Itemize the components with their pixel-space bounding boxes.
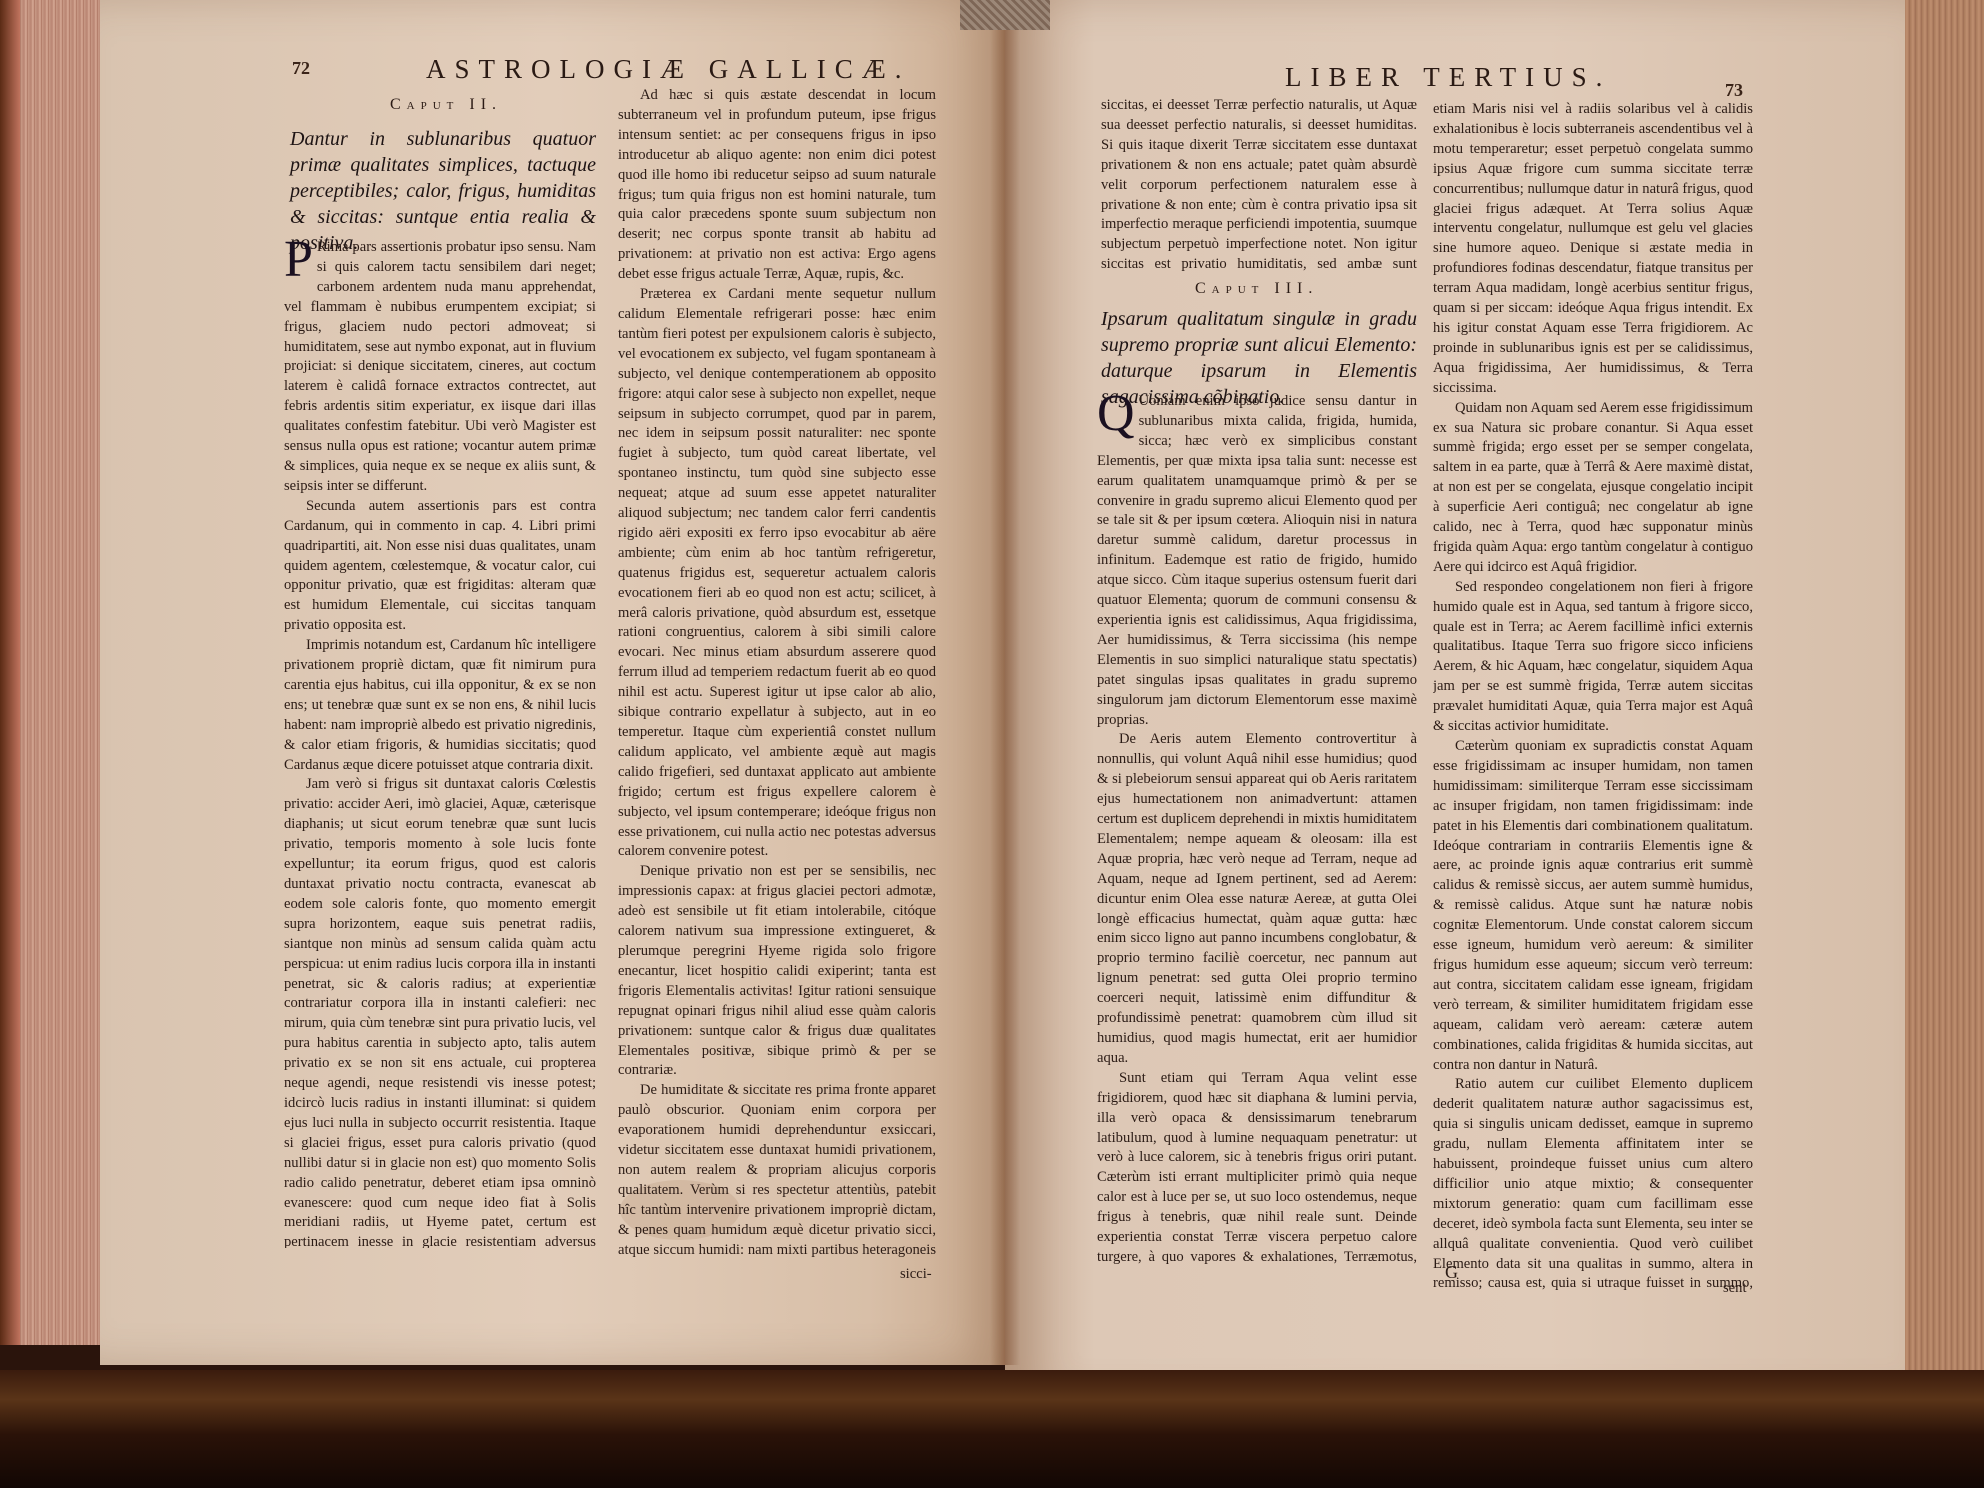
paragraph: Quidam non Aquam sed Aerem esse frigidis…: [1433, 399, 1753, 578]
running-head-left: ASTROLOGIÆ GALLICÆ.: [426, 54, 911, 85]
chapter-label-iii: Caput III.: [1195, 280, 1318, 298]
headband: [960, 0, 1050, 30]
drop-cap: Q: [1097, 394, 1135, 434]
paragraph: QUoniam enim ipso judice sensu dantur in…: [1097, 392, 1417, 730]
paragraph: Secunda autem assertionis pars est contr…: [284, 497, 596, 636]
page-number-left: 72: [292, 58, 310, 79]
left-page: 72 ASTROLOGIÆ GALLICÆ. Caput II. Dantur …: [100, 0, 1005, 1365]
left-page-column-1: PRima pars assertionis probatur ipso sen…: [284, 238, 596, 1248]
signature-mark: G: [1445, 1262, 1458, 1283]
paragraph: Sed respondeo congelationem non fieri à …: [1433, 578, 1753, 737]
paragraph: Præterea ex Cardani mente sequetur nullu…: [618, 285, 936, 862]
book-gutter: [990, 25, 1020, 1365]
right-page: LIBER TERTIUS. 73 siccitas, ei deesset T…: [1005, 0, 1905, 1400]
paragraph: etiam Maris nisi vel à radiis solaribus …: [1433, 100, 1753, 399]
paragraph: Ad hæc si quis æstate descendat in locum…: [618, 86, 936, 285]
paragraph: Sunt etiam qui Terram Aqua velint esse f…: [1097, 1069, 1417, 1264]
drop-cap: P: [284, 240, 313, 280]
left-page-edges: [0, 0, 105, 1345]
chapter-label-ii: Caput II.: [390, 96, 502, 114]
right-page-column-1: QUoniam enim ipso judice sensu dantur in…: [1097, 392, 1417, 1264]
left-page-column-2: Ad hæc si quis æstate descendat in locum…: [618, 86, 936, 1261]
paragraph: Cæterùm quoniam ex supradictis constat A…: [1433, 737, 1753, 1075]
running-head-right: LIBER TERTIUS.: [1285, 62, 1611, 93]
paragraph: Ratio autem cur cuilibet Elemento duplic…: [1433, 1075, 1753, 1290]
right-page-edges: [1904, 0, 1984, 1400]
catchword-right: sent: [1723, 1280, 1747, 1297]
paragraph: Denique privatio non est per se sensibil…: [618, 862, 936, 1081]
book-cover-edge: [0, 1370, 1984, 1488]
page-number-right: 73: [1725, 80, 1743, 101]
paragraph: PRima pars assertionis probatur ipso sen…: [284, 238, 596, 497]
paragraph: Jam verò si frigus sit duntaxat caloris …: [284, 775, 596, 1248]
right-page-column-2: etiam Maris nisi vel à radiis solaribus …: [1433, 100, 1753, 1290]
paragraph: siccitas, ei deesset Terræ perfectio nat…: [1101, 96, 1417, 271]
chapter-title-ii: Dantur in sublunaribus quatuor primæ qua…: [290, 126, 596, 256]
paragraph: De Aeris autem Elemento controvertitur à…: [1097, 730, 1417, 1068]
paragraph: De humiditate & siccitate res prima fron…: [618, 1081, 936, 1261]
paragraph: Imprimis notandum est, Cardanum hîc inte…: [284, 636, 596, 775]
right-page-column-1-top: siccitas, ei deesset Terræ perfectio nat…: [1101, 96, 1417, 271]
catchword-left: sicci-: [900, 1266, 932, 1283]
